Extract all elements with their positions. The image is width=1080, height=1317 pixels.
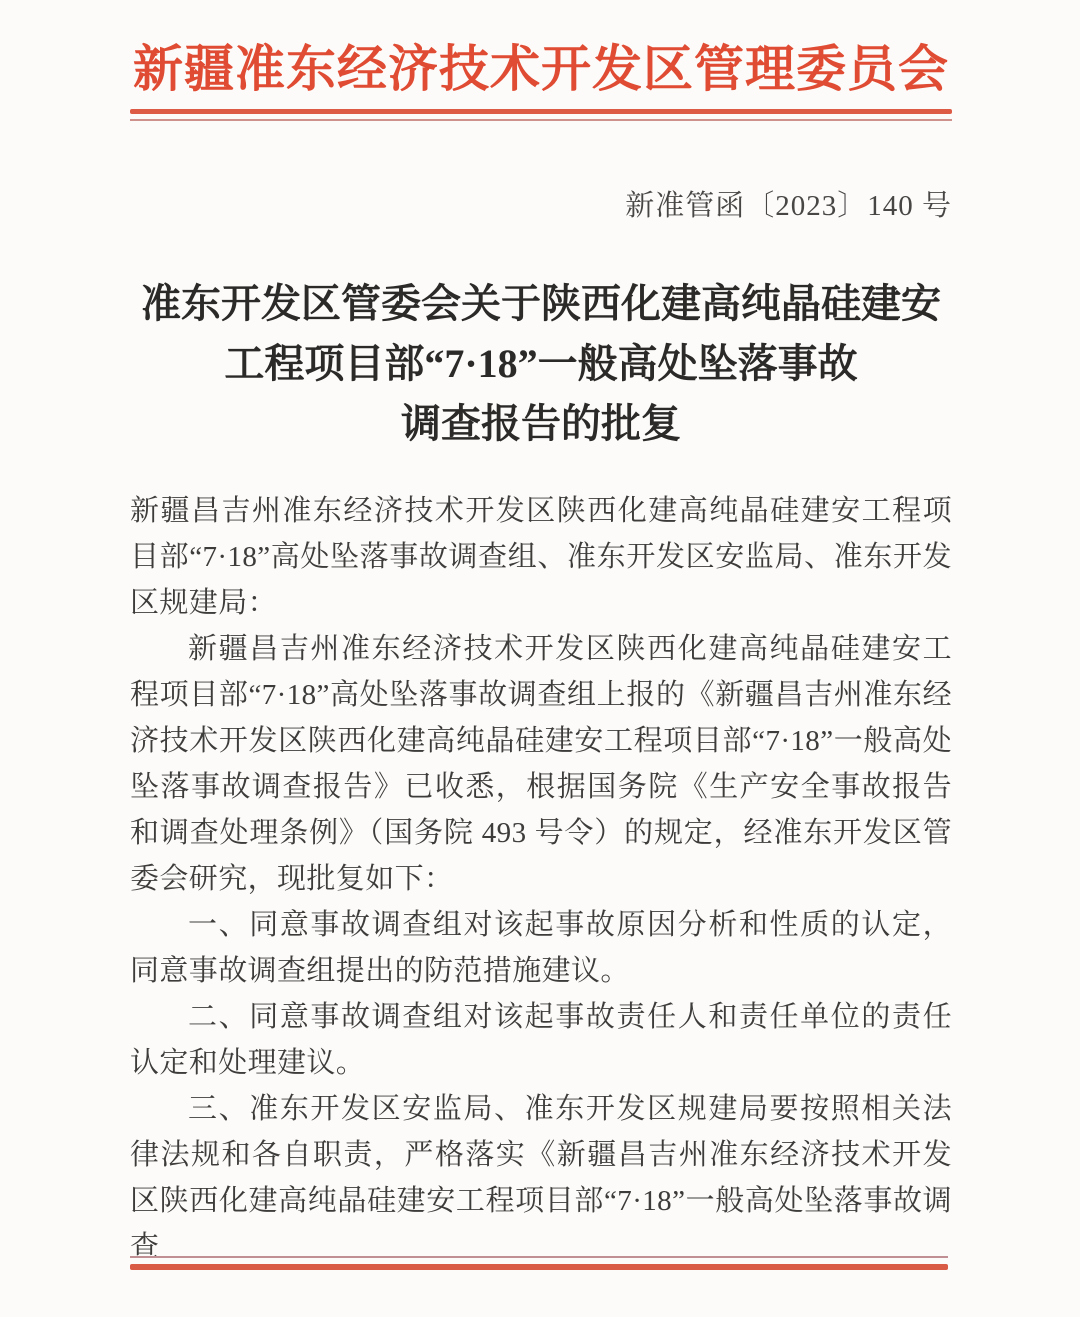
addressee-paragraph: 新疆昌吉州准东经济技术开发区陕西化建高纯晶硅建安工程项目部“7·18”高处坠落事…	[130, 488, 952, 626]
document-title-line: 准东开发区管委会关于陕西化建高纯晶硅建安	[130, 274, 952, 334]
body-paragraph: 一、同意事故调查组对该起事故原因分析和性质的认定，同意事故调查组提出的防范措施建…	[130, 902, 952, 994]
footer-divider-thick-rule	[130, 1264, 948, 1270]
document-title-line: 工程项目部“7·18”一般高处坠落事故	[130, 334, 952, 394]
document-title-line: 调查报告的批复	[130, 394, 952, 454]
body-paragraph: 三、准东开发区安监局、准东开发区规建局要按照相关法律法规和各自职责，严格落实《新…	[130, 1086, 952, 1270]
document-number: 新准管函〔2023〕140 号	[130, 183, 952, 224]
header-divider-thin-rule	[130, 119, 952, 121]
header-divider-thick-rule	[130, 109, 952, 114]
body-paragraph: 二、同意事故调查组对该起事故责任人和责任单位的责任认定和处理建议。	[130, 994, 952, 1086]
header-divider	[130, 109, 952, 121]
document-body: 新疆昌吉州准东经济技术开发区陕西化建高纯晶硅建安工程项目部“7·18”高处坠落事…	[130, 488, 952, 1270]
footer-divider	[130, 1256, 948, 1270]
document-page: 新疆准东经济技术开发区管理委员会 新准管函〔2023〕140 号 准东开发区管委…	[0, 0, 1080, 1317]
letterhead-agency-name: 新疆准东经济技术开发区管理委员会	[130, 38, 952, 101]
body-paragraph: 新疆昌吉州准东经济技术开发区陕西化建高纯晶硅建安工程项目部“7·18”高处坠落事…	[130, 626, 952, 902]
footer-divider-thin-rule	[130, 1256, 948, 1258]
document-title: 准东开发区管委会关于陕西化建高纯晶硅建安 工程项目部“7·18”一般高处坠落事故…	[130, 274, 952, 454]
